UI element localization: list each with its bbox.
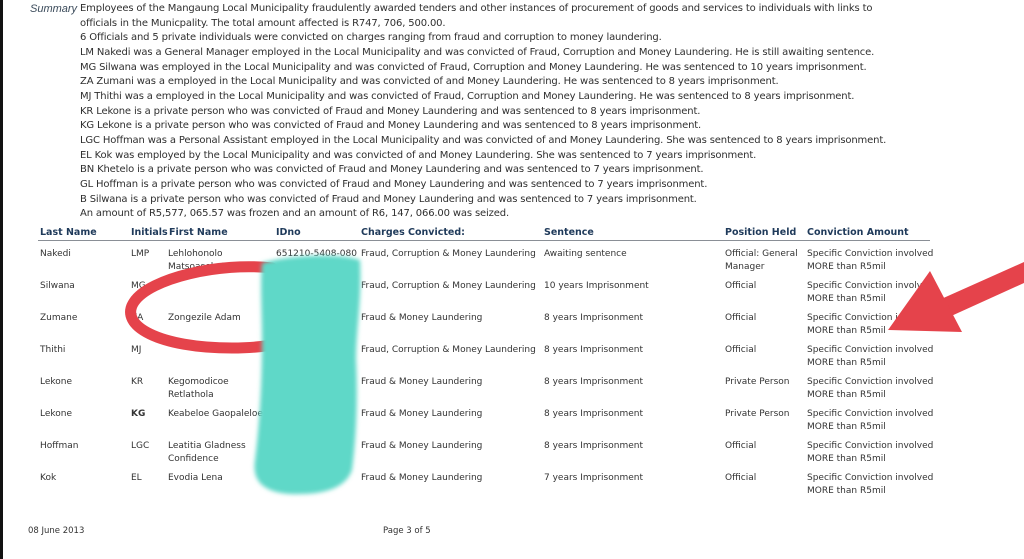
cell-last-name: Lekone [40,408,72,421]
cell-sentence: 8 years Imprisonment [544,376,643,389]
summary-line: 6 Officials and 5 private individuals we… [80,31,920,46]
summary-line: MJ Thithi was a employed in the Local Mu… [80,90,920,105]
cell-amount: Specific Conviction involved [807,376,933,389]
table-row: HoffmanLGCLeatitia GladnessFraud & Money… [38,440,930,472]
cell-amount: Specific Conviction involved [807,440,933,453]
footer-date: 08 June 2013 [28,526,84,536]
cell-charges: Fraud & Money Laundering [361,376,482,389]
table-row: NakediLMPLehlohonolo651210-5408-080Fraud… [38,248,930,280]
cell-sentence: 8 years Imprisonment [544,440,643,453]
cell-initials: EL [131,472,142,485]
header-position: Position Held [725,227,796,238]
cell-last-name: Zumane [40,312,77,325]
summary-line: GL Hoffman is a private person who was c… [80,178,920,193]
header-charges: Charges Convicted: [361,227,465,238]
cell-first-name: Leatitia Gladness [168,440,246,453]
table-row: ThithiMJFraud, Corruption & Money Launde… [38,344,930,376]
table-row: SilwanaMGFraud, Corruption & Money Laund… [38,280,930,312]
summary-line: MG Silwana was employed in the Local Mun… [80,61,920,76]
cell-amount-line2: MORE than R5mil [807,453,886,466]
cell-sentence: Awaiting sentence [544,248,627,261]
cell-last-name: Lekone [40,376,72,389]
table-row: LekoneKGKeabeloe GaopaleloeFraud & Money… [38,408,930,440]
header-sentence: Sentence [544,227,594,238]
cell-charges: Fraud & Money Laundering [361,312,482,325]
cell-first-name: Kegomodicoe [168,376,229,389]
cell-amount-line2: MORE than R5mil [807,293,886,306]
cell-first-name: Zongezile Adam [168,312,241,325]
table-header: Last Name Initials First Name IDno Charg… [38,227,930,241]
cell-amount-line2: MORE than R5mil [807,421,886,434]
cell-amount: Specific Conviction i [807,312,898,325]
cell-amount-line2: MORE than R5mil [807,485,886,498]
table-row: LekoneKRKegomodicoeFraud & Money Launder… [38,376,930,408]
summary-line: KR Lekone is a private person who was co… [80,105,920,120]
summary-line: BN Khetelo is a private person who was c… [80,163,920,178]
cell-initials: MJ [131,344,141,357]
cell-last-name: Hoffman [40,440,78,453]
summary-line: ZA Zumani was a employed in the Local Mu… [80,75,920,90]
cell-first-name: Evodia Lena [168,472,223,485]
cell-initials: MG [131,280,146,293]
summary-line: officials in the Municpality. The total … [80,17,920,32]
header-first-name: First Name [169,227,228,238]
header-id-no: IDno [276,227,301,238]
cell-charges: Fraud, Corruption & Money Laundering [361,280,536,293]
cell-first-name: Keabeloe Gaopaleloe [168,408,263,421]
cell-charges: Fraud & Money Laundering [361,408,482,421]
cell-amount-line2: MORE than R5mil [807,325,886,338]
cell-first-name: Lehlohonolo [168,248,223,261]
cell-charges: Fraud, Corruption & Money Laundering [361,344,536,357]
cell-amount: Specific Conviction involved [807,344,933,357]
cell-id-no: 651210-5408-080 [276,248,357,261]
cell-first-name-line2: Matsoasele Perciville [168,261,262,274]
screen-edge [0,0,3,559]
cell-position: Private Person [725,376,789,389]
header-last-name: Last Name [40,227,97,238]
cell-sentence: 8 years Imprisonment [544,312,643,325]
cell-charges: Fraud & Money Laundering [361,440,482,453]
cell-sentence: 8 years Imprisonment [544,344,643,357]
cell-initials: KR [131,376,143,389]
cell-amount-line2: MORE than R5mil [807,357,886,370]
cell-first-name-line2: Confidence [168,453,219,466]
summary-line: An amount of R5,577, 065.57 was frozen a… [80,207,920,222]
cell-amount: Specific Conviction involved [807,248,933,261]
cell-position: Official [725,344,756,357]
cell-id-no: -0248-085 [276,472,323,485]
summary-label: Summary [30,3,77,15]
summary-line: LGC Hoffman was a Personal Assistant emp… [80,134,920,149]
cell-initials: ZA [131,312,143,325]
cell-position: Official: General [725,248,798,261]
table-row: ZumaneZAZongezile AdamFraud & Money Laun… [38,312,930,344]
summary-line: EL Kok was employed by the Local Municip… [80,149,920,164]
cell-position-line2: Manager [725,261,764,274]
convictions-table: Last Name Initials First Name IDno Charg… [38,227,930,241]
cell-first-name-line2: Retlathola [168,389,214,402]
summary-line: KG Lekone is a private person who was co… [80,119,920,134]
cell-amount: Specific Conviction involved [807,472,933,485]
cell-position: Official [725,312,756,325]
cell-amount: Specific Conviction involve [807,280,928,293]
cell-sentence: 8 years Imprisonment [544,408,643,421]
cell-sentence: 10 years Imprisonment [544,280,649,293]
cell-initials: LMP [131,248,149,261]
summary-text: Employees of the Mangaung Local Municipa… [80,2,920,222]
cell-amount-line2: MORE than R5mil [807,261,886,274]
cell-position: Official [725,472,756,485]
summary-line: Employees of the Mangaung Local Municipa… [80,2,920,17]
cell-last-name: Thithi [40,344,65,357]
footer-page-number: Page 3 of 5 [383,526,431,536]
cell-last-name: Kok [40,472,56,485]
cell-sentence: 7 years Imprisonment [544,472,643,485]
header-initials: Initials [131,227,168,238]
cell-charges: Fraud, Corruption & Money Laundering [361,248,536,261]
cell-initials: LGC [131,440,149,453]
cell-position: Private Person [725,408,789,421]
cell-initials: KG [131,408,145,421]
summary-line: B Silwana is a private person who was co… [80,193,920,208]
summary-line: LM Nakedi was a General Manager employed… [80,46,920,61]
cell-position: Official [725,280,756,293]
cell-amount-line2: MORE than R5mil [807,389,886,402]
cell-amount: Specific Conviction involved [807,408,933,421]
header-amount: Conviction Amount [807,227,909,238]
cell-last-name: Silwana [40,280,75,293]
cell-charges: Fraud & Money Laundering [361,472,482,485]
table-row: KokELEvodia Lena-0248-085Fraud & Money L… [38,472,930,504]
cell-position: Official [725,440,756,453]
cell-last-name: Nakedi [40,248,71,261]
